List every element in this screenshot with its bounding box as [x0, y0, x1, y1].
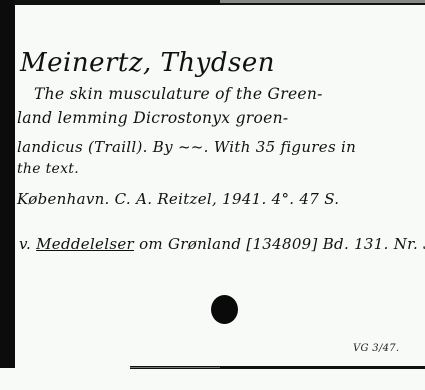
- title-line-2: land lemming Dicrostonyx groen-: [17, 109, 288, 127]
- shelfmark: VG 3/47.: [353, 343, 399, 354]
- imprint-line: København. C. A. Reitzel, 1941. 4°. 47 S…: [17, 190, 339, 208]
- scan-background: [0, 369, 425, 390]
- title-line-3: landicus (Traill). By ~~. With 35 figure…: [17, 138, 356, 156]
- card-bottom-edge-fade: [130, 367, 220, 368]
- scanned-catalog-card: Meinertz, Thydsen The skin musculature o…: [0, 0, 425, 390]
- title-line-1: The skin musculature of the Green-: [34, 85, 323, 103]
- scan-top-border-fade: [220, 0, 425, 3]
- series-note: v. Meddelelser om Grønland [134809] Bd. …: [19, 235, 425, 253]
- title-line-4: the text.: [17, 161, 79, 177]
- author-heading: Meinertz, Thydsen: [20, 48, 275, 78]
- scan-left-border: [0, 0, 15, 368]
- series-title: Meddelelser: [36, 235, 134, 253]
- series-details: om Grønland [134809] Bd. 131. Nr. 3.: [139, 235, 425, 253]
- punch-hole: [211, 295, 238, 324]
- series-prefix: v.: [19, 235, 31, 253]
